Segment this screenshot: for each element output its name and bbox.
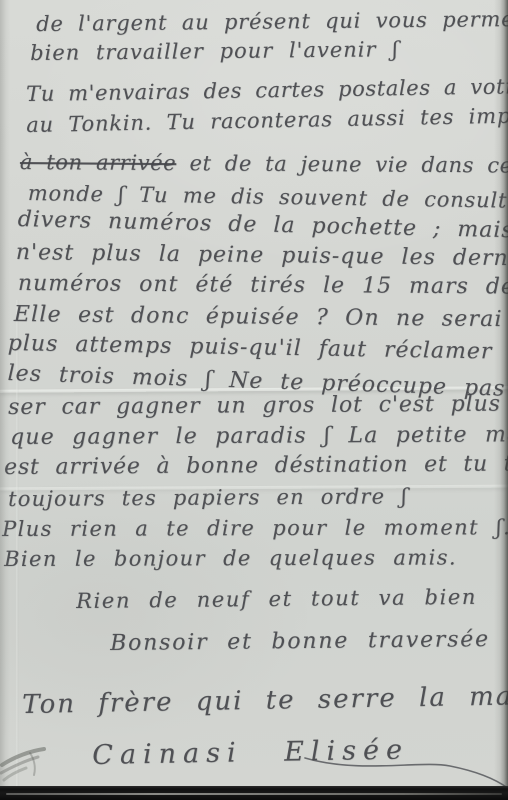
letter-line: toujours tes papiers en ordre ʃ [8,484,408,511]
handwritten-text: Tu m'envairas des cartes postales a votr… [26,73,508,106]
handwritten-text: n'est plus la peine puis-que les dernier… [16,240,508,272]
handwritten-text: Ton frère qui te serre la main [22,681,508,720]
handwritten-text: plus attemps puis-qu'il faut réclamer da… [8,331,508,366]
handwritten-text: divers numéros de la pochette ; mais se [17,207,508,244]
handwritten-text: Bien le bonjour de quelques amis. [4,545,457,571]
handwritten-text: que gagner le paradis ʃ La petite malle [10,422,508,450]
letter-line: de l'argent au présent qui vous permet d… [36,6,508,36]
letter-line: est arrivée à bonne déstination et tu tr… [4,451,508,480]
letter-line: à ton arrivée et de ta jeune vie dans ce… [20,150,508,178]
letter-line: Plus rien a te dire pour le moment ʃ. [2,515,508,541]
handwritten-text: Rien de neuf et tout va bien [76,585,477,613]
handwritten-text: Bonsoir et bonne traversée [110,627,490,656]
letter-line: divers numéros de la pochette ; mais se [17,207,508,244]
handwritten-text: est arrivée à bonne déstination et tu tr… [4,451,508,480]
paper-edge-highlight [6,793,502,795]
handwritten-text: Plus rien a te dire pour le moment ʃ. [2,515,508,541]
handwritten-text: de l'argent au présent qui vous permet d… [36,6,508,36]
letter-line: que gagner le paradis ʃ La petite malle [10,422,508,450]
letter-line: Ton frère qui te serre la main [22,681,508,720]
handwritten-text: et de ta jeune vie dans ce nouveau [176,151,508,178]
letter-line: Rien de neuf et tout va bien [76,585,477,613]
handwritten-text: numéros ont été tirés le 15 mars dernier [18,271,508,300]
pencil-smudge [0,725,70,795]
scanned-letter-page: { "document": { "kind": "handwritten-let… [0,0,508,800]
letter-line: numéros ont été tirés le 15 mars dernier [18,271,508,300]
letter-line: ser car gagner un gros lot c'est plus di… [8,391,508,420]
handwritten-text: bien travailler pour l'avenir ʃ [30,37,399,65]
letter-line: Elle est donc épuisée ? On ne serai même [14,302,508,333]
letter-line: plus attemps puis-qu'il faut réclamer da… [8,331,508,366]
letter-line: n'est plus la peine puis-que les dernier… [16,240,508,272]
scan-edge-right [494,0,508,788]
struck-out-text: à ton arrivée [20,150,176,175]
letter-paper: de l'argent au présent qui vous permet d… [0,0,508,788]
handwritten-text: au Tonkin. Tu raconteras aussi tes impre… [26,102,508,137]
letter-line: Tu m'envairas des cartes postales a votr… [26,73,508,106]
letter-line: au Tonkin. Tu raconteras aussi tes impre… [26,102,508,137]
scan-edge-left [0,0,10,788]
handwritten-text: Elle est donc épuisée ? On ne serai même [14,302,508,333]
scanner-bed-edge [0,786,508,800]
handwritten-text: toujours tes papiers en ordre ʃ [8,484,408,511]
handwritten-text: ser car gagner un gros lot c'est plus di… [8,391,508,420]
letter-line: bien travailler pour l'avenir ʃ [30,37,399,65]
letter-line: Bonsoir et bonne traversée [110,627,490,656]
letter-line: Bien le bonjour de quelques amis. [4,545,457,571]
